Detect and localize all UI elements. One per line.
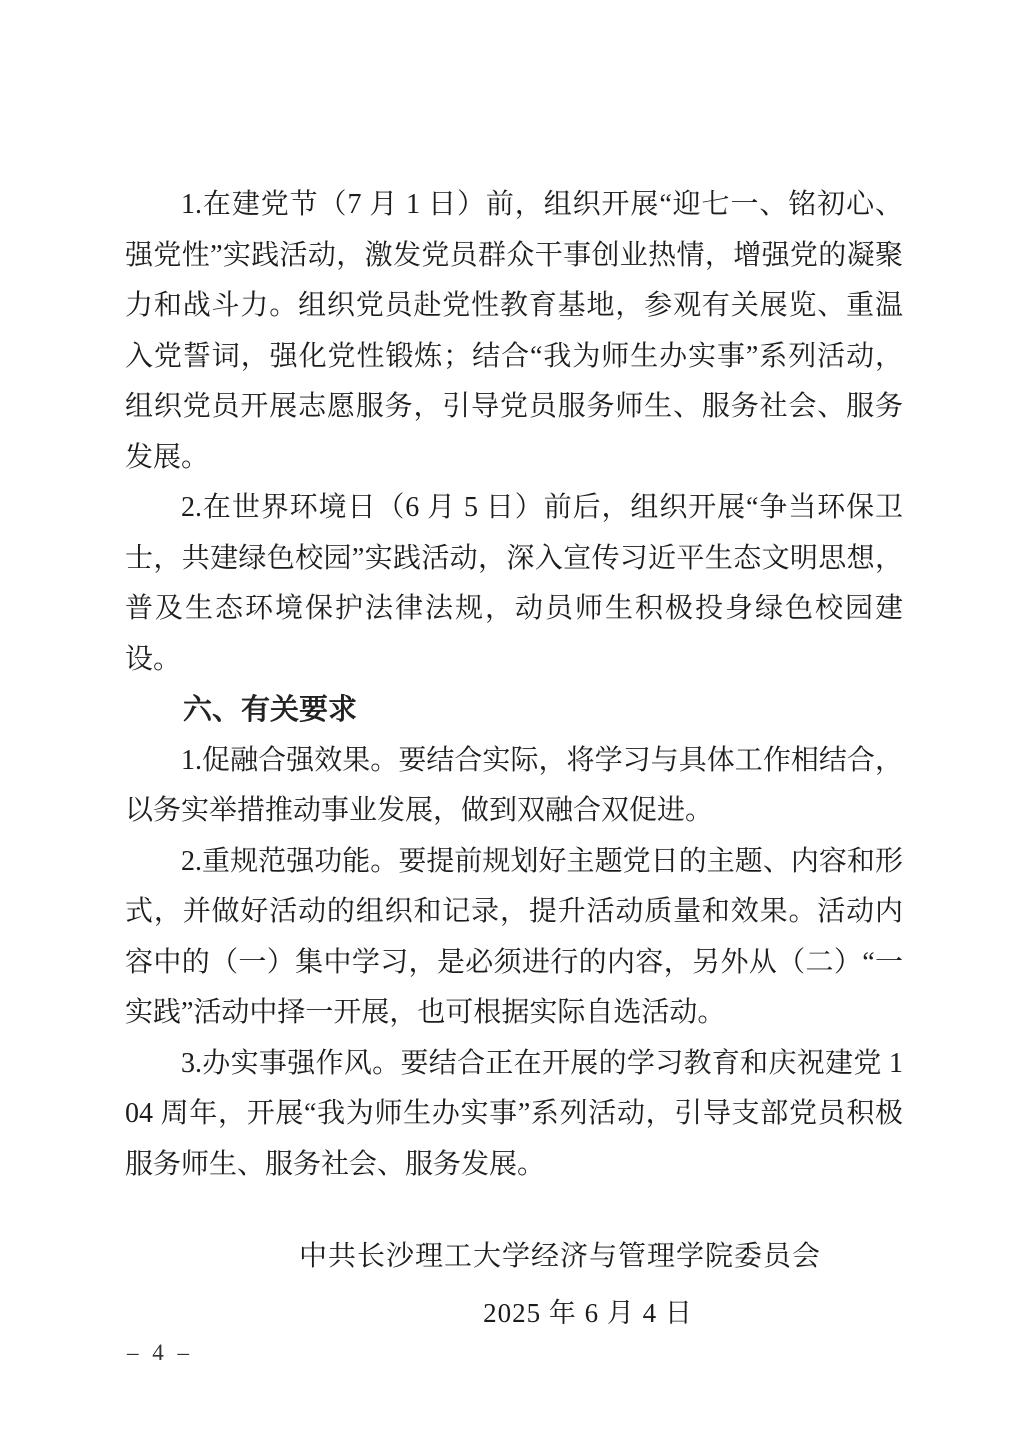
page-number: – 4 –	[127, 1340, 193, 1366]
paragraph-3: 1.促融合强效果。要结合实际，将学习与具体工作相结合，以务实举措推动事业发展，做…	[125, 736, 903, 837]
document-body: 1.在建党节（7 月 1 日）前，组织开展“迎七一、铭初心、强党性”实践活动，激…	[125, 180, 903, 1342]
issuer-name: 中共长沙理工大学经济与管理学院委员会	[217, 1228, 903, 1285]
signature-block: 中共长沙理工大学经济与管理学院委员会 2025 年 6 月 4 日	[125, 1228, 903, 1342]
paragraph-5: 3.办实事强作风。要结合正在开展的学习教育和庆祝建党 104 周年，开展“我为师…	[125, 1039, 903, 1191]
section-heading-requirements: 六、有关要求	[125, 685, 903, 736]
paragraph-4: 2.重规范强功能。要提前规划好主题党日的主题、内容和形式，并做好活动的组织和记录…	[125, 837, 903, 1039]
paragraph-text: 2.在世界环境日（6 月 5 日）前后，组织开展“争当环保卫士，共建绿色校园”实…	[125, 492, 903, 675]
document-page: 1.在建党节（7 月 1 日）前，组织开展“迎七一、铭初心、强党性”实践活动，激…	[0, 0, 1024, 1448]
paragraph-lead: 1.促融合强效果。	[181, 745, 398, 776]
paragraph-lead: 3.办实事强作风。	[181, 1048, 400, 1079]
paragraph-lead: 2.重规范强功能。	[181, 846, 398, 877]
issue-date: 2025 年 6 月 4 日	[217, 1285, 903, 1342]
paragraph-2: 2.在世界环境日（6 月 5 日）前后，组织开展“争当环保卫士，共建绿色校园”实…	[125, 483, 903, 685]
paragraph-1: 1.在建党节（7 月 1 日）前，组织开展“迎七一、铭初心、强党性”实践活动，激…	[125, 180, 903, 483]
paragraph-text: 1.在建党节（7 月 1 日）前，组织开展“迎七一、铭初心、强党性”实践活动，激…	[125, 189, 903, 473]
